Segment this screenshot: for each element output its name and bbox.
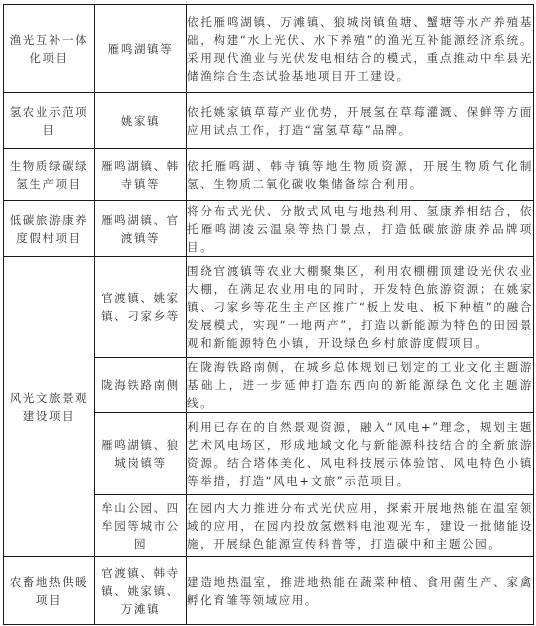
project-name-cell: 渔光互补一体化项目 (4, 5, 95, 93)
project-name-cell: 农畜地热供暖项目 (4, 557, 95, 625)
content-cell: 围绕官渡镇等农业大棚聚集区，利用农棚棚顶建设光伏农业大棚，在满足农业用电的同时，… (187, 257, 534, 358)
location-cell: 雁鸣湖镇、狼城岗镇等 (95, 413, 187, 495)
content-cell: 依托雁鸣湖镇、万滩镇、狼城岗镇鱼塘、蟹塘等水产养殖基础，构建“水上光伏、水下养殖… (187, 5, 534, 93)
content-cell: 在陇海铁路南侧，在城乡总体规划已划定的工业文化主题游基础上，进一步延伸打造东西向… (187, 358, 534, 413)
content-cell: 建造地热温室，推进地热能在蔬菜种植、食用菌生产、家禽孵化育雏等领域应用。 (187, 557, 534, 625)
content-cell: 依托姚家镇草莓产业优势，开展氢在草莓灌溉、保鲜等方面应用试点工作，打造“富氢草莓… (187, 93, 534, 149)
project-name-cell: 低碳旅游康养度假村项目 (4, 201, 95, 257)
table-row: 低碳旅游康养度假村项目 雁鸣湖镇、官渡镇等 将分布式光伏、分散式风电与地热利用、… (4, 201, 534, 257)
projects-table: 渔光互补一体化项目 雁鸣湖镇等 依托雁鸣湖镇、万滩镇、狼城岗镇鱼塘、蟹塘等水产养… (3, 4, 534, 625)
location-cell: 官渡镇、韩寺镇、姚家镇、万滩镇 (95, 557, 187, 625)
table-row: 氢农业示范项目 姚家镇 依托姚家镇草莓产业优势，开展氢在草莓灌溉、保鲜等方面应用… (4, 93, 534, 149)
content-cell: 利用已存在的自然景观资源，融入“风电+”理念，规划主题艺术风电场区，形成地域文化… (187, 413, 534, 495)
project-name-cell: 风光文旅景观建设项目 (4, 257, 95, 557)
content-cell: 在园内大力推进分布式光伏应用，探索开展地热能在温室领域的应用，在园内投放氢燃料电… (187, 495, 534, 557)
table-row: 风光文旅景观建设项目 官渡镇、姚家镇、刁家乡等 围绕官渡镇等农业大棚聚集区，利用… (4, 257, 534, 358)
table-row: 生物质绿碳绿氢生产项目 雁鸣湖镇、韩寺镇等 依托雁鸣湖、韩寺镇等地生物质资源，开… (4, 149, 534, 201)
project-name-cell: 生物质绿碳绿氢生产项目 (4, 149, 95, 201)
content-cell: 依托雁鸣湖、韩寺镇等地生物质资源，开展生物质气化制氢、生物质二氧化碳收集储备综合… (187, 149, 534, 201)
location-cell: 牟山公园、四牟园等城市公园 (95, 495, 187, 557)
location-cell: 姚家镇 (95, 93, 187, 149)
location-cell: 雁鸣湖镇、官渡镇等 (95, 201, 187, 257)
location-cell: 雁鸣湖镇、韩寺镇等 (95, 149, 187, 201)
project-name-cell: 氢农业示范项目 (4, 93, 95, 149)
content-cell: 将分布式光伏、分散式风电与地热利用、氢康养相结合，依托雁鸣湖凌云温泉等热门景点，… (187, 201, 534, 257)
location-cell: 雁鸣湖镇等 (95, 5, 187, 93)
table-row: 渔光互补一体化项目 雁鸣湖镇等 依托雁鸣湖镇、万滩镇、狼城岗镇鱼塘、蟹塘等水产养… (4, 5, 534, 93)
location-cell: 官渡镇、姚家镇、刁家乡等 (95, 257, 187, 358)
table-row: 农畜地热供暖项目 官渡镇、韩寺镇、姚家镇、万滩镇 建造地热温室，推进地热能在蔬菜… (4, 557, 534, 625)
location-cell: 陇海铁路南侧 (95, 358, 187, 413)
